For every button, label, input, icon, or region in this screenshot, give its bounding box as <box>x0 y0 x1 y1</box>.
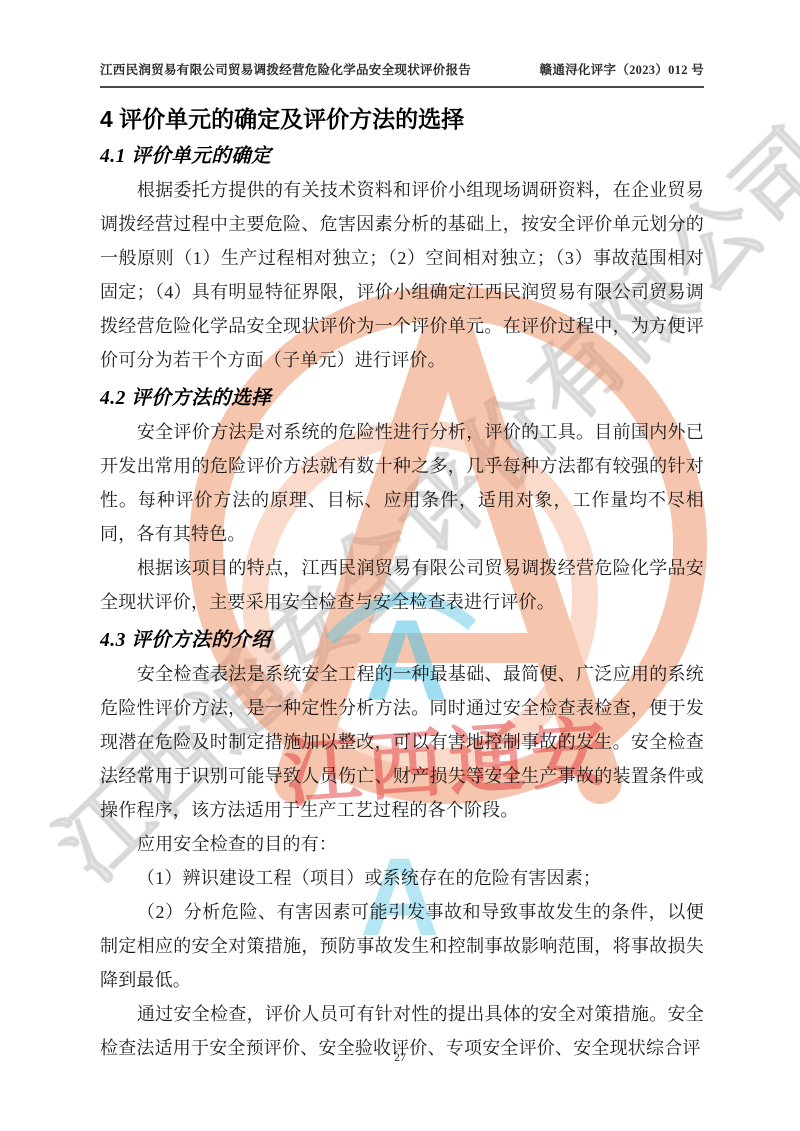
page-number: 27 <box>0 1050 800 1065</box>
body-paragraph: 根据委托方提供的有关技术资料和评价小组现场调研资料，在企业贸易调拨经营过程中主要… <box>100 173 704 377</box>
body-paragraph: 安全评价方法是对系统的危险性进行分析，评价的工具。目前国内外已开发出常用的危险评… <box>100 415 704 551</box>
body-paragraph: 应用安全检查的目的有： <box>100 827 704 861</box>
section-4-2-heading: 4.2 评价方法的选择 <box>100 385 704 412</box>
document-content: 江西民润贸易有限公司贸易调拨经营危险化学品安全现状评价报告 赣通浔化评字（202… <box>0 0 800 1065</box>
chapter-title: 4 评价单元的确定及评价方法的选择 <box>100 103 704 135</box>
page-header: 江西民润贸易有限公司贸易调拨经营危险化学品安全现状评价报告 赣通浔化评字（202… <box>100 0 704 88</box>
body-paragraph: 根据该项目的特点，江西民润贸易有限公司贸易调拨经营危险化学品安全现状评价，主要采… <box>100 551 704 619</box>
section-4-3-heading: 4.3 评价方法的介绍 <box>100 627 704 654</box>
body-paragraph: （1）辨识建设工程（项目）或系统存在的危险有害因素； <box>100 861 704 895</box>
report-page: 江西通安全评价有限公司 A A 江西通安 江西民润贸易有限公司贸易调拨经营危险化… <box>0 0 800 1131</box>
header-document-number: 赣通浔化评字（2023）012 号 <box>540 60 704 78</box>
section-4-1-heading: 4.1 评价单元的确定 <box>100 143 704 170</box>
body-paragraph: （2）分析危险、有害因素可能引发事故和导致事故发生的条件，以便制定相应的安全对策… <box>100 895 704 997</box>
header-report-title: 江西民润贸易有限公司贸易调拨经营危险化学品安全现状评价报告 <box>100 60 471 78</box>
body-paragraph: 安全检查表法是系统安全工程的一种最基础、最简便、广泛应用的系统危险性评价方法，是… <box>100 657 704 827</box>
